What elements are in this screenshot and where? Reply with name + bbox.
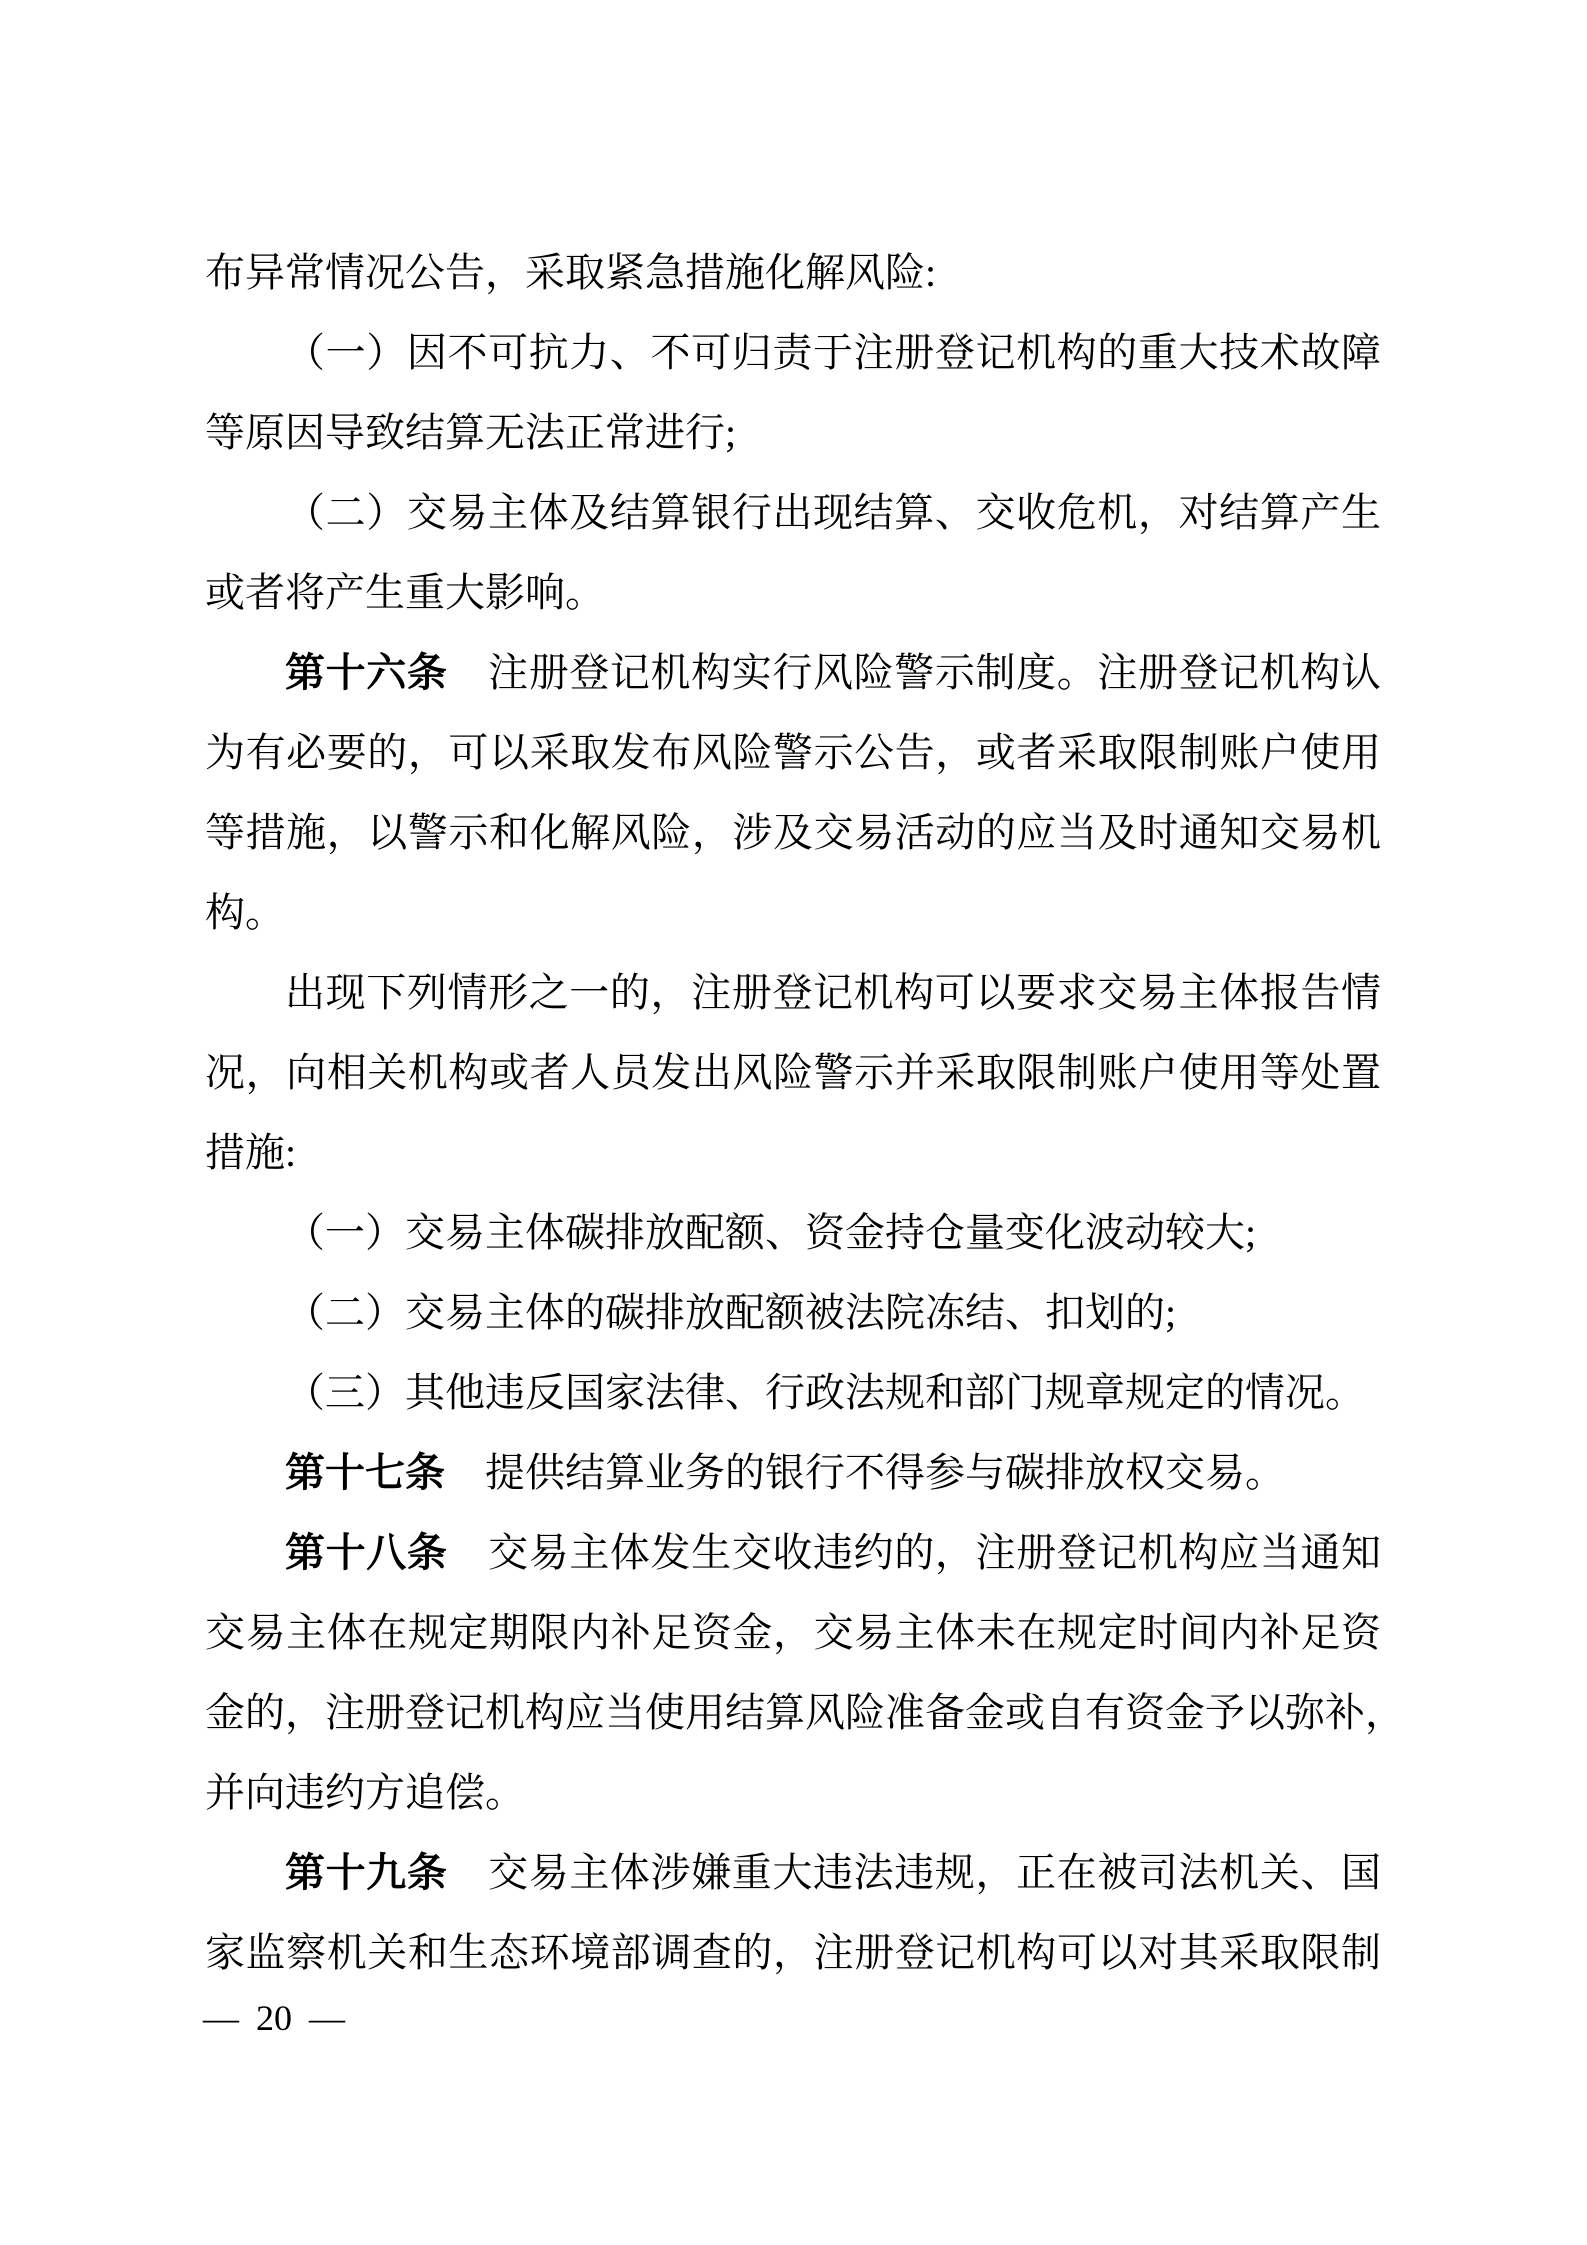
text-line: 等措施，以警示和化解风险，涉及交易活动的应当及时通知交易机 [205,793,1381,873]
line-text: 家监察机关和生态环境部调查的，注册登记机构可以对其采取限制 [205,1930,1381,1975]
text-line: 第十八条 交易主体发生交收违约的，注册登记机构应当通知 [205,1513,1381,1593]
line-text: 提供结算业务的银行不得参与碳排放权交易。 [445,1450,1285,1495]
line-text: 况，向相关机构或者人员发出风险警示并采取限制账户使用等处置 [205,1050,1381,1095]
paragraph: 第十八条 交易主体发生交收违约的，注册登记机构应当通知交易主体在规定期限内补足资… [205,1513,1381,1833]
article-number-label: 第十九条 [285,1850,447,1895]
text-line: 交易主体在规定期限内补足资金，交易主体未在规定时间内补足资 [205,1593,1381,1673]
text-line: 况，向相关机构或者人员发出风险警示并采取限制账户使用等处置 [205,1033,1381,1113]
line-text: 为有必要的，可以采取发布风险警示公告，或者采取限制账户使用 [205,730,1381,775]
text-line: （二）交易主体及结算银行出现结算、交收危机，对结算产生 [205,473,1381,553]
paragraph: （二）交易主体及结算银行出现结算、交收危机，对结算产生或者将产生重大影响。 [205,473,1381,633]
footer-left-dash: — [203,1998,239,2038]
text-line: 金的，注册登记机构应当使用结算风险准备金或自有资金予以弥补， [205,1673,1381,1753]
text-line: 第十九条 交易主体涉嫌重大违法违规，正在被司法机关、国 [205,1833,1381,1913]
text-line: 措施: [205,1113,1381,1193]
page-footer: —20— [203,1996,345,2040]
line-text: 等原因导致结算无法正常进行; [205,410,736,455]
text-line: 为有必要的，可以采取发布风险警示公告，或者采取限制账户使用 [205,713,1381,793]
line-text: 出现下列情形之一的，注册登记机构可以要求交易主体报告情 [285,970,1381,1015]
line-text: 交易主体发生交收违约的，注册登记机构应当通知 [447,1530,1381,1575]
page-number: 20 [256,1998,292,2038]
text-line: 布异常情况公告，采取紧急措施化解风险: [205,233,1381,313]
paragraph: 第十九条 交易主体涉嫌重大违法违规，正在被司法机关、国家监察机关和生态环境部调查… [205,1833,1381,1993]
line-text: 注册登记机构实行风险警示制度。注册登记机构认 [447,650,1381,695]
line-text: （三）其他违反国家法律、行政法规和部门规章规定的情况。 [285,1370,1365,1415]
line-text: （二）交易主体及结算银行出现结算、交收危机，对结算产生 [285,490,1381,535]
line-text: 并向违约方追偿。 [205,1770,525,1815]
paragraph: （一）因不可抗力、不可归责于注册登记机构的重大技术故障等原因导致结算无法正常进行… [205,313,1381,473]
article-number-label: 第十七条 [285,1450,445,1495]
text-line: 出现下列情形之一的，注册登记机构可以要求交易主体报告情 [205,953,1381,1033]
text-line: 等原因导致结算无法正常进行; [205,393,1381,473]
line-text: （一）因不可抗力、不可归责于注册登记机构的重大技术故障 [285,330,1381,375]
line-text: （二）交易主体的碳排放配额被法院冻结、扣划的; [285,1290,1176,1335]
text-line: （一）交易主体碳排放配额、资金持仓量变化波动较大; [205,1193,1381,1273]
footer-right-dash: — [309,1998,345,2038]
paragraph: （一）交易主体碳排放配额、资金持仓量变化波动较大; [205,1193,1381,1273]
document-page: 布异常情况公告，采取紧急措施化解风险:（一）因不可抗力、不可归责于注册登记机构的… [0,0,1587,2245]
document-body: 布异常情况公告，采取紧急措施化解风险:（一）因不可抗力、不可归责于注册登记机构的… [205,233,1381,1993]
text-line: （二）交易主体的碳排放配额被法院冻结、扣划的; [205,1273,1381,1353]
text-line: 构。 [205,873,1381,953]
line-text: 构。 [205,890,285,935]
line-text: 布异常情况公告，采取紧急措施化解风险: [205,250,936,295]
line-text: 交易主体涉嫌重大违法违规，正在被司法机关、国 [447,1850,1381,1895]
text-line: 家监察机关和生态环境部调查的，注册登记机构可以对其采取限制 [205,1913,1381,1993]
line-text: 交易主体在规定期限内补足资金，交易主体未在规定时间内补足资 [205,1610,1381,1655]
text-line: 或者将产生重大影响。 [205,553,1381,633]
paragraph: （二）交易主体的碳排放配额被法院冻结、扣划的; [205,1273,1381,1353]
text-line: 并向违约方追偿。 [205,1753,1381,1833]
paragraph: 布异常情况公告，采取紧急措施化解风险: [205,233,1381,313]
paragraph: 第十七条 提供结算业务的银行不得参与碳排放权交易。 [205,1433,1381,1513]
text-line: 第十七条 提供结算业务的银行不得参与碳排放权交易。 [205,1433,1381,1513]
line-text: 金的，注册登记机构应当使用结算风险准备金或自有资金予以弥补， [205,1690,1405,1735]
line-text: 或者将产生重大影响。 [205,570,605,615]
text-line: （三）其他违反国家法律、行政法规和部门规章规定的情况。 [205,1353,1381,1433]
line-text: 措施: [205,1130,296,1175]
text-line: （一）因不可抗力、不可归责于注册登记机构的重大技术故障 [205,313,1381,393]
line-text: 等措施，以警示和化解风险，涉及交易活动的应当及时通知交易机 [205,810,1381,855]
paragraph: 第十六条 注册登记机构实行风险警示制度。注册登记机构认为有必要的，可以采取发布风… [205,633,1381,953]
paragraph: 出现下列情形之一的，注册登记机构可以要求交易主体报告情况，向相关机构或者人员发出… [205,953,1381,1193]
article-number-label: 第十八条 [285,1530,447,1575]
text-line: 第十六条 注册登记机构实行风险警示制度。注册登记机构认 [205,633,1381,713]
article-number-label: 第十六条 [285,650,447,695]
paragraph: （三）其他违反国家法律、行政法规和部门规章规定的情况。 [205,1353,1381,1433]
line-text: （一）交易主体碳排放配额、资金持仓量变化波动较大; [285,1210,1256,1255]
